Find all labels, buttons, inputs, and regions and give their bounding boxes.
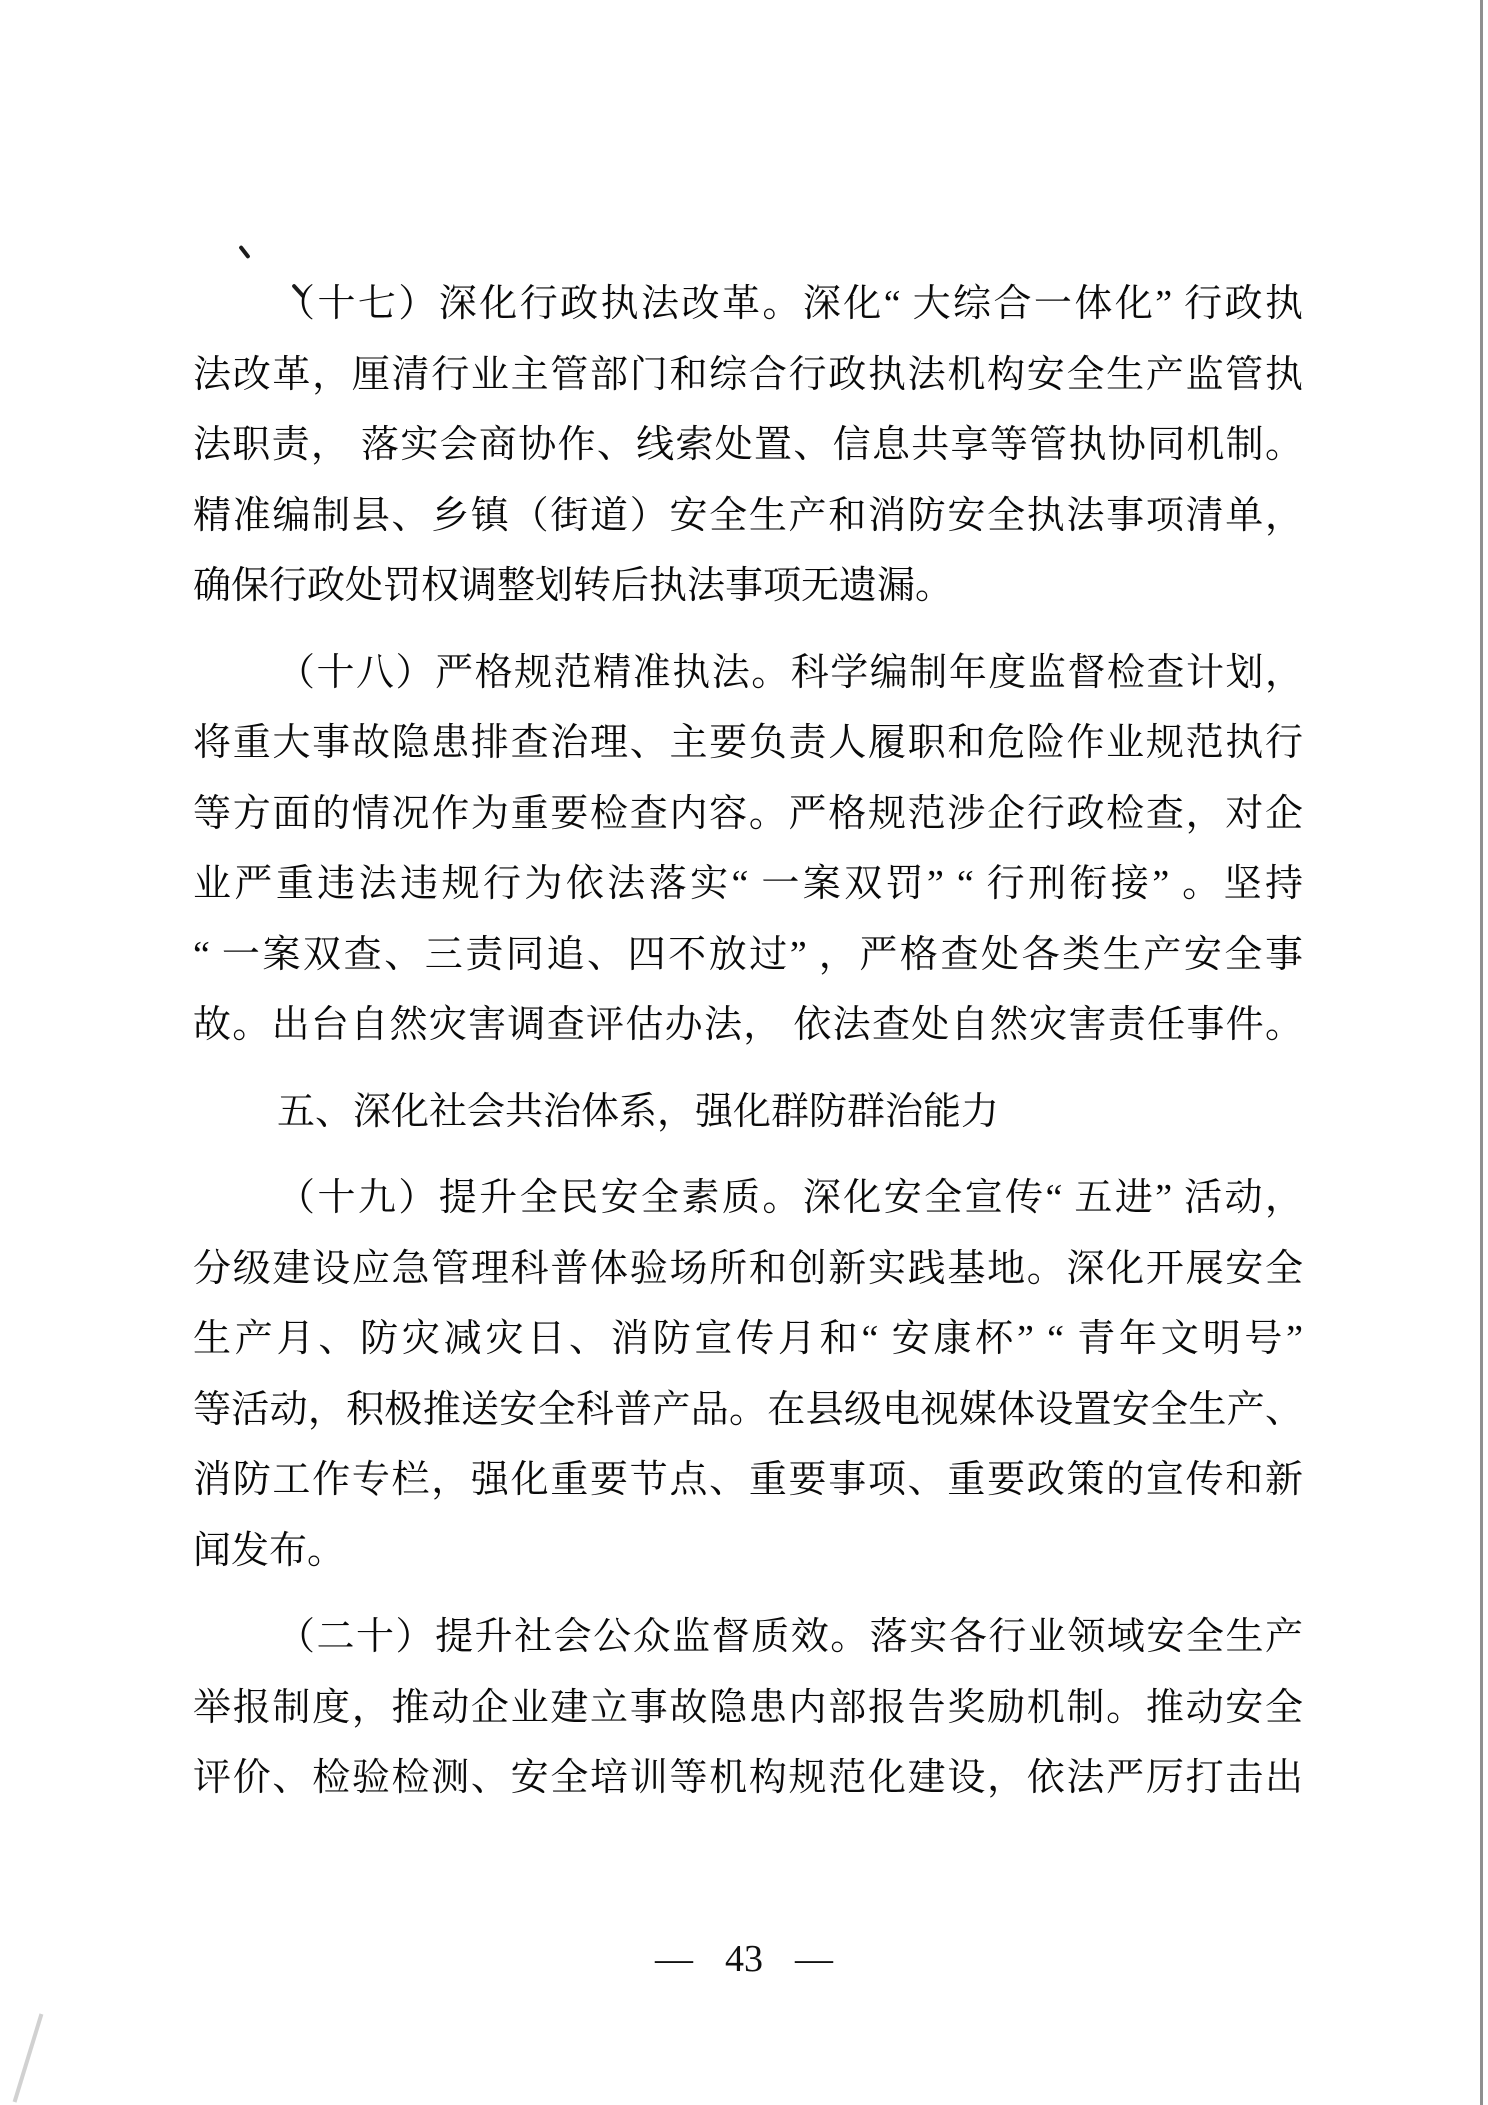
page-number: 43 bbox=[725, 1937, 763, 1981]
page-footer: —43— bbox=[0, 1937, 1488, 1981]
heading-section-5: 五、深化社会共治体系，强化群防群治能力 bbox=[193, 1077, 1303, 1148]
text-line: 消防工作专栏，强化重要节点、重要事项、重要政策的宣传和新 bbox=[193, 1445, 1303, 1516]
paragraph-item-18: （十八）严格规范精准执法。科学编制年度监督检查计划，将重大事故隐患排查治理、主要… bbox=[193, 638, 1303, 1061]
paragraph-item-19: （十九）提升全民安全素质。深化安全宣传“ 五进” 活动，分级建设应急管理科普体验… bbox=[193, 1163, 1303, 1586]
scan-edge-line bbox=[1480, 0, 1483, 2105]
text-line: 故。出台自然灾害调查评估办法， 依法查处自然灾害责任事件。 bbox=[193, 990, 1303, 1061]
text-line: 业严重违法违规行为依法落实“ 一案双罚” “ 行刑衔接” 。坚持 bbox=[193, 849, 1303, 920]
text-line: 生产月、防灾减灾日、消防宣传月和“ 安康杯” “ 青年文明号” bbox=[193, 1304, 1303, 1375]
text-line: （十九）提升全民安全素质。深化安全宣传“ 五进” 活动， bbox=[193, 1163, 1303, 1234]
footer-dash-right: — bbox=[795, 1937, 833, 1981]
text-line: （二十）提升社会公众监督质效。落实各行业领域安全生产 bbox=[193, 1602, 1303, 1673]
footer-dash-left: — bbox=[655, 1937, 693, 1981]
text-line: 评价、检验检测、安全培训等机构规范化建设，依法严厉打击出 bbox=[193, 1743, 1303, 1814]
text-line: 举报制度，推动企业建立事故隐患内部报告奖励机制。推动安全 bbox=[193, 1673, 1303, 1744]
text-line: （十八）严格规范精准执法。科学编制年度监督检查计划， bbox=[193, 638, 1303, 709]
text-line: “ 一案双查、三责同追、四不放过” ，严格查处各类生产安全事 bbox=[193, 920, 1303, 991]
document-body: （十七）深化行政执法改革。深化“ 大综合一体化” 行政执法改革，厘清行业主管部门… bbox=[193, 269, 1303, 1814]
text-line: 将重大事故隐患排查治理、主要负责人履职和危险作业规范执行 bbox=[193, 708, 1303, 779]
text-line: 确保行政处罚权调整划转后执法事项无遗漏。 bbox=[193, 551, 1303, 622]
text-line: 分级建设应急管理科普体验场所和创新实践基地。深化开展安全 bbox=[193, 1234, 1303, 1305]
text-line: 等活动，积极推送安全科普产品。在县级电视媒体设置安全生产、 bbox=[193, 1375, 1303, 1446]
text-line: 闻发布。 bbox=[193, 1516, 1303, 1587]
paragraph-item-17: （十七）深化行政执法改革。深化“ 大综合一体化” 行政执法改革，厘清行业主管部门… bbox=[193, 269, 1303, 622]
paragraph-item-20: （二十）提升社会公众监督质效。落实各行业领域安全生产举报制度，推动企业建立事故隐… bbox=[193, 1602, 1303, 1814]
text-line: 精准编制县、乡镇（街道）安全生产和消防安全执法事项清单， bbox=[193, 481, 1303, 552]
text-line: 五、深化社会共治体系，强化群防群治能力 bbox=[193, 1077, 1303, 1148]
text-line: 法改革，厘清行业主管部门和综合行政执法机构安全生产监管执 bbox=[193, 340, 1303, 411]
text-line: （十七）深化行政执法改革。深化“ 大综合一体化” 行政执 bbox=[193, 269, 1303, 340]
scan-smudge bbox=[13, 2013, 44, 2102]
document-page: （十七）深化行政执法改革。深化“ 大综合一体化” 行政执法改革，厘清行业主管部门… bbox=[0, 0, 1488, 2105]
text-line: 等方面的情况作为重要检查内容。严格规范涉企行政检查，对企 bbox=[193, 779, 1303, 850]
scan-scratch-mark bbox=[238, 245, 250, 259]
text-line: 法职责， 落实会商协作、线索处置、信息共享等管执协同机制。 bbox=[193, 410, 1303, 481]
